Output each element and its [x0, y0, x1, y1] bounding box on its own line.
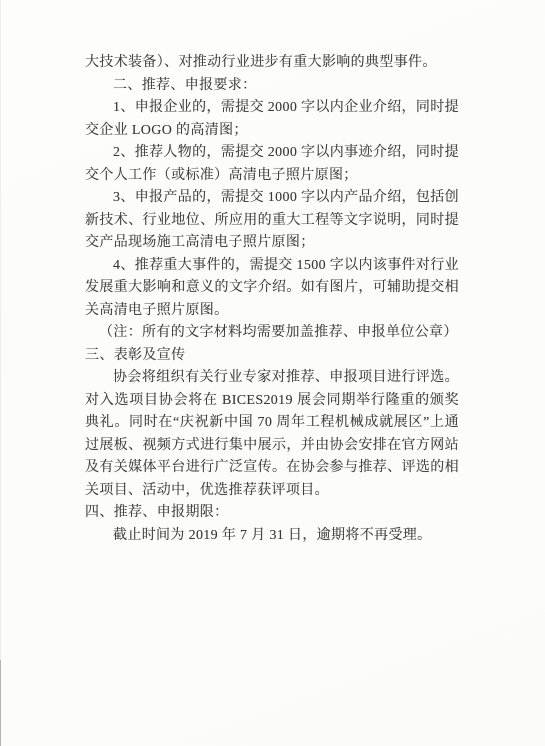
- paragraph-continuation-line: 大技术装备）、对推动行业进步有重大影响的典型事件。: [85, 52, 459, 75]
- scan-edge-artifact-dark: [0, 660, 1, 746]
- scan-edge-artifact: [0, 0, 1, 746]
- requirement-item-1: 1、申报企业的，需提交 2000 字以内企业介绍，同时提交企业 LOGO 的高清…: [85, 97, 459, 142]
- document-body: 大技术装备）、对推动行业进步有重大影响的典型事件。 二、推荐、申报要求： 1、申…: [85, 52, 459, 547]
- requirement-item-4: 4、推荐重大事件的，需提交 1500 字以内该事件对行业发展重大影响和意义的文字…: [85, 255, 459, 323]
- section-2-heading: 二、推荐、申报要求：: [85, 75, 459, 98]
- section-4-heading: 四、推荐、申报期限：: [85, 502, 459, 525]
- section-3-body: 协会将组织有关行业专家对推荐、申报项目进行评选。对入选项目协会将在 BICES2…: [85, 367, 459, 502]
- deadline-line: 截止时间为 2019 年 7 月 31 日，逾期将不再受理。: [85, 525, 459, 548]
- scanned-document-page: 大技术装备）、对推动行业进步有重大影响的典型事件。 二、推荐、申报要求： 1、申…: [0, 0, 545, 746]
- requirement-item-2: 2、推荐人物的，需提交 2000 字以内事迹介绍，同时提交个人工作（或标准）高清…: [85, 142, 459, 187]
- section-3-heading: 三、表彰及宣传: [85, 345, 459, 368]
- requirement-item-3: 3、申报产品的，需提交 1000 字以内产品介绍，包括创新技术、行业地位、所应用…: [85, 187, 459, 255]
- note-line: （注：所有的文字材料均需要加盖推荐、申报单位公章）: [85, 322, 459, 345]
